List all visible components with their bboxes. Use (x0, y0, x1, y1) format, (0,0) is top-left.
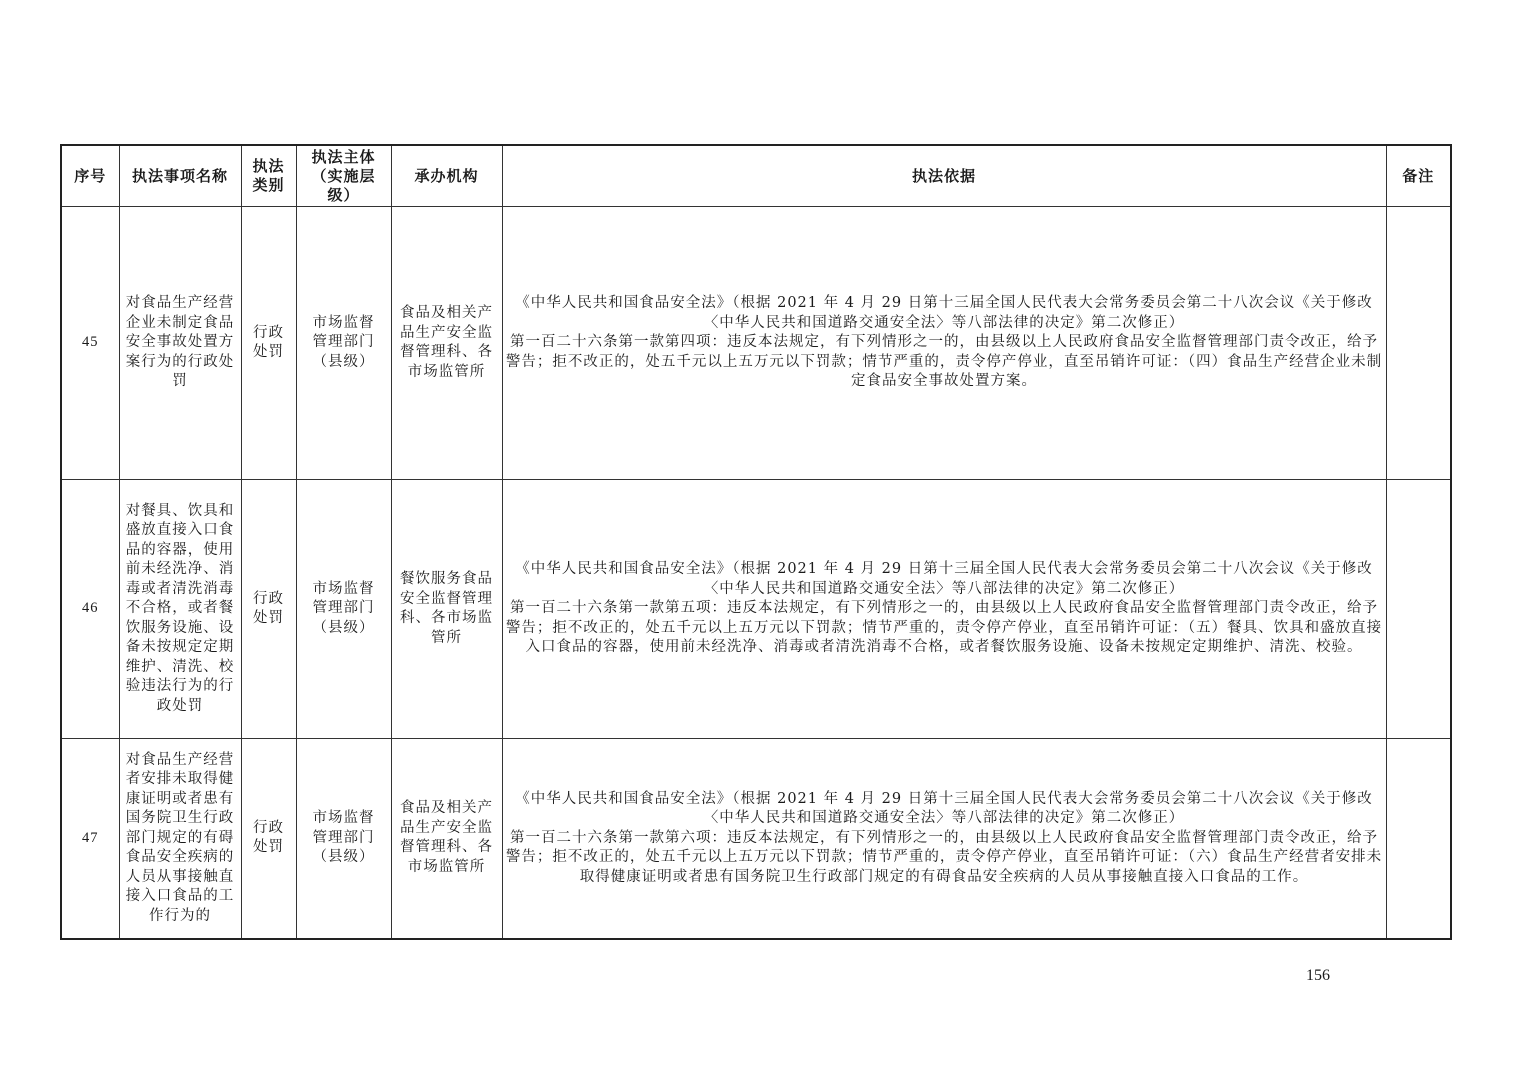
cell-basis: 《中华人民共和国食品安全法》（根据 2021 年 4 月 29 日第十三届全国人… (502, 207, 1386, 480)
enforcement-items-table: 序号 执法事项名称 执法类别 执法主体（实施层级） 承办机构 执法依据 备注 4… (60, 144, 1452, 940)
basis-article: 第一百二十六条第一款第六项：违反本法规定，有下列情形之一的，由县级以上人民政府食… (506, 829, 1383, 888)
table-row: 45 对食品生产经营企业未制定食品安全事故处置方案行为的行政处罚 行政处罚 市场… (61, 207, 1451, 480)
cell-basis: 《中华人民共和国食品安全法》（根据 2021 年 4 月 29 日第十三届全国人… (502, 480, 1386, 739)
cell-category: 行政处罚 (241, 480, 296, 739)
cell-seq: 46 (61, 480, 119, 739)
header-item-name: 执法事项名称 (119, 145, 241, 207)
basis-law: 《中华人民共和国食品安全法》（根据 2021 年 4 月 29 日第十三届全国人… (506, 790, 1383, 829)
table-row: 46 对餐具、饮具和盛放直接入口食品的容器，使用前未经洗净、消毒或者清洗消毒不合… (61, 480, 1451, 739)
cell-subject: 市场监督管理部门（县级） (296, 480, 391, 739)
cell-item-name: 对食品生产经营者安排未取得健康证明或者患有国务院卫生行政部门规定的有碍食品安全疾… (119, 739, 241, 939)
cell-category: 行政处罚 (241, 207, 296, 480)
basis-article: 第一百二十六条第一款第五项：违反本法规定，有下列情形之一的，由县级以上人民政府食… (506, 599, 1383, 658)
cell-remarks (1386, 480, 1451, 739)
cell-category: 行政处罚 (241, 739, 296, 939)
page-number: 156 (1306, 967, 1330, 985)
cell-seq: 47 (61, 739, 119, 939)
cell-remarks (1386, 739, 1451, 939)
table-header-row: 序号 执法事项名称 执法类别 执法主体（实施层级） 承办机构 执法依据 备注 (61, 145, 1451, 207)
cell-basis: 《中华人民共和国食品安全法》（根据 2021 年 4 月 29 日第十三届全国人… (502, 739, 1386, 939)
header-seq: 序号 (61, 145, 119, 207)
header-category: 执法类别 (241, 145, 296, 207)
cell-seq: 45 (61, 207, 119, 480)
header-office: 承办机构 (391, 145, 502, 207)
header-basis: 执法依据 (502, 145, 1386, 207)
cell-office: 餐饮服务食品安全监督管理科、各市场监管所 (391, 480, 502, 739)
cell-subject: 市场监督管理部门（县级） (296, 207, 391, 480)
cell-item-name: 对食品生产经营企业未制定食品安全事故处置方案行为的行政处罚 (119, 207, 241, 480)
cell-office: 食品及相关产品生产安全监督管理科、各市场监管所 (391, 207, 502, 480)
document-page: 序号 执法事项名称 执法类别 执法主体（实施层级） 承办机构 执法依据 备注 4… (0, 0, 1520, 1074)
cell-subject: 市场监督管理部门（县级） (296, 739, 391, 939)
cell-remarks (1386, 207, 1451, 480)
header-remarks: 备注 (1386, 145, 1451, 207)
header-subject: 执法主体（实施层级） (296, 145, 391, 207)
cell-item-name: 对餐具、饮具和盛放直接入口食品的容器，使用前未经洗净、消毒或者清洗消毒不合格，或… (119, 480, 241, 739)
basis-law: 《中华人民共和国食品安全法》（根据 2021 年 4 月 29 日第十三届全国人… (506, 294, 1383, 333)
table-row: 47 对食品生产经营者安排未取得健康证明或者患有国务院卫生行政部门规定的有碍食品… (61, 739, 1451, 939)
basis-law: 《中华人民共和国食品安全法》（根据 2021 年 4 月 29 日第十三届全国人… (506, 560, 1383, 599)
basis-article: 第一百二十六条第一款第四项：违反本法规定，有下列情形之一的，由县级以上人民政府食… (506, 333, 1383, 392)
cell-office: 食品及相关产品生产安全监督管理科、各市场监管所 (391, 739, 502, 939)
